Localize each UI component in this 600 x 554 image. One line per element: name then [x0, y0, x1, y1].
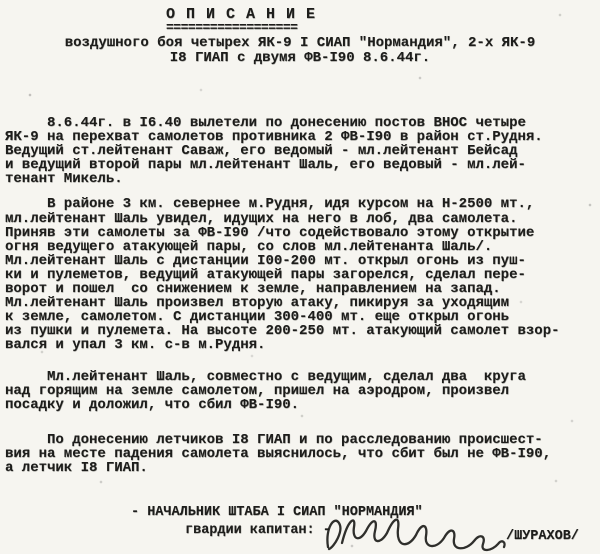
signature-name: /ШУРАХОВ/ [506, 529, 579, 544]
signature-rank-line: гвардии капитан: - [185, 523, 331, 538]
text-line: а летчик I8 ГИАП. [5, 461, 600, 475]
text-line: ворот и пошел со снижением к земле, напр… [5, 282, 600, 296]
text-line: В районе 3 км. севернее м.Рудня, идя кур… [5, 197, 600, 211]
paragraph-combat: В районе 3 км. севернее м.Рудня, идя кур… [5, 197, 600, 352]
text-line: Мл.лейтенант Шаль произвел вторую атаку,… [5, 296, 600, 310]
title-underline: ================== [166, 23, 312, 33]
text-line: По донесению летчиков I8 ГИАП и по рассл… [5, 433, 600, 447]
signature-title-line: - НАЧАЛЬНИК ШТАБА I СИАП "НОРМАНДИЯ" [131, 505, 423, 520]
text-line: над горящим на земле самолетом, пришел н… [5, 384, 600, 398]
text-line: ки и пулеметов, ведущий атакующей пары з… [5, 268, 600, 282]
text-line: 8.6.44г. в I6.40 вылетели по донесению п… [5, 116, 600, 130]
text-line: Приняв эти самолеты за ФВ-I90 /что содей… [5, 226, 600, 240]
text-line: огня ведущего атакующей пары, со слов мл… [5, 240, 600, 254]
text-line: вия на месте падения самолета выяснилось… [5, 447, 600, 461]
subtitle-line-2: I8 ГИАП с двумя ФВ-I90 8.6.44г. [0, 51, 600, 66]
handwritten-signature-icon [322, 509, 510, 553]
text-line: вался и упал 3 км. с-в м.Рудня. [5, 338, 600, 352]
text-line: тенант Микель. [5, 172, 600, 186]
paragraph-takeoff: 8.6.44г. в I6.40 вылетели по донесению п… [5, 116, 600, 186]
subtitle-line-1: воздушного боя четырех ЯК-9 I СИАП "Норм… [0, 36, 600, 51]
document-title: О П И С А Н И Е [166, 6, 600, 23]
paragraph-landing: Мл.лейтенант Шаль, совместно с ведущим, … [5, 370, 600, 412]
text-line: и ведущий второй пары мл.лейтенант Шаль,… [5, 158, 600, 172]
paragraph-investigation: По донесению летчиков I8 ГИАП и по рассл… [5, 433, 600, 475]
text-line: мл.лейтенант Шаль увидел, идущих на него… [5, 212, 600, 226]
scanned-document-page: О П И С А Н И Е ================== возду… [0, 0, 600, 554]
text-line: Мл.лейтенант Шаль, совместно с ведущим, … [5, 370, 600, 384]
text-line: из пушки и пулемета. На высоте 200-250 м… [5, 324, 600, 338]
text-line: Мл.лейтенант Шаль с дистанции I00-200 мт… [5, 254, 600, 268]
text-line: посадку и доложил, что сбил ФВ-I90. [5, 398, 600, 412]
